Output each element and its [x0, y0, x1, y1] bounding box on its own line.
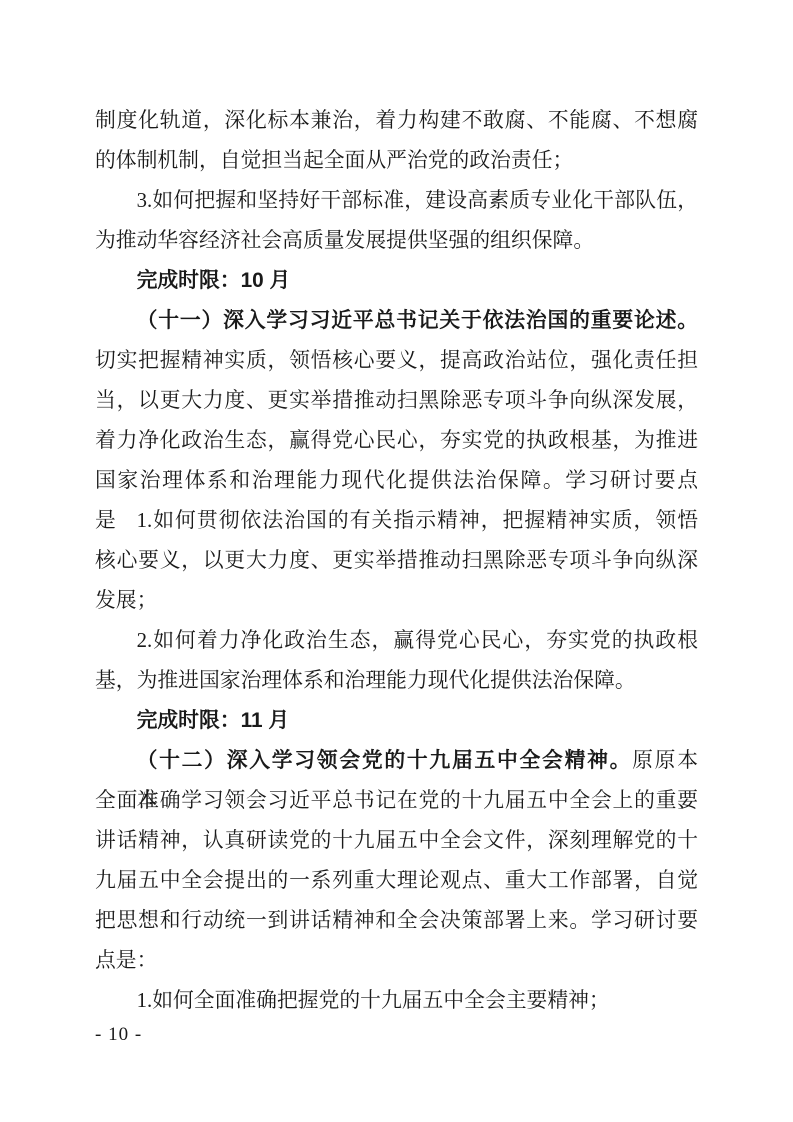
text-segment: 点是： — [95, 949, 157, 972]
text-segment: 九届五中全会提出的一系列重大理论观点、重大工作部署，自觉 — [95, 869, 698, 892]
text-segment: 3.如何把握和坚持好干部标准，建设高素质专业化干部队伍， — [137, 189, 698, 212]
text-line: 当，以更大力度、更实举措推动扫黑除恶专项斗争向纵深发展， — [95, 381, 698, 421]
text-line: （十二）深入学习领会党的十九届五中全会精神。原原本本、 — [95, 741, 698, 781]
text-segment: 基，为推进国家治理体系和治理能力现代化提供法治保障。 — [95, 669, 636, 692]
text-segment: 2.如何着力净化政治生态，赢得党心民心，夯实党的执政根 — [137, 629, 698, 652]
document-body: 制度化轨道，深化标本兼治，着力构建不敢腐、不能腐、不想腐的体制机制，自觉担当起全… — [95, 101, 698, 1021]
text-line: 核心要义，以更大力度、更实举措推动扫黑除恶专项斗争向纵深 — [95, 541, 698, 581]
text-line: 点是： — [95, 941, 698, 981]
text-line: 全面准确学习领会习近平总书记在党的十九届五中全会上的重要 — [95, 781, 698, 821]
text-line: 国家治理体系和治理能力现代化提供法治保障。学习研讨要点是： — [95, 461, 698, 501]
text-line: 九届五中全会提出的一系列重大理论观点、重大工作部署，自觉 — [95, 861, 698, 901]
text-line: 为推动华容经济社会高质量发展提供坚强的组织保障。 — [95, 221, 698, 261]
text-line: 2.如何着力净化政治生态，赢得党心民心，夯实党的执政根 — [95, 621, 698, 661]
document-page: 制度化轨道，深化标本兼治，着力构建不敢腐、不能腐、不想腐的体制机制，自觉担当起全… — [0, 0, 793, 1122]
text-line: 1.如何全面准确把握党的十九届五中全会主要精神； — [95, 981, 698, 1021]
text-line: 的体制机制，自觉担当起全面从严治党的政治责任； — [95, 141, 698, 181]
text-line: 发展； — [95, 581, 698, 621]
text-segment: 当，以更大力度、更实举措推动扫黑除恶专项斗争向纵深发展， — [95, 389, 698, 412]
text-line: 制度化轨道，深化标本兼治，着力构建不敢腐、不能腐、不想腐 — [95, 101, 698, 141]
text-line: 基，为推进国家治理体系和治理能力现代化提供法治保障。 — [95, 661, 698, 701]
text-segment: 着力净化政治生态，赢得党心民心，夯实党的执政根基，为推进 — [95, 429, 698, 452]
bold-text-segment: 完成时限：10 月 — [137, 269, 291, 292]
text-segment: 发展； — [95, 589, 157, 612]
text-segment: 1.如何贯彻依法治国的有关指示精神，把握精神实质，领悟 — [137, 509, 698, 532]
text-line: 讲话精神，认真研读党的十九届五中全会文件，深刻理解党的十 — [95, 821, 698, 861]
text-line: 着力净化政治生态，赢得党心民心，夯实党的执政根基，为推进 — [95, 421, 698, 461]
text-line: 3.如何把握和坚持好干部标准，建设高素质专业化干部队伍， — [95, 181, 698, 221]
text-line: 1.如何贯彻依法治国的有关指示精神，把握精神实质，领悟 — [95, 501, 698, 541]
text-segment: 全面准确学习领会习近平总书记在党的十九届五中全会上的重要 — [95, 789, 698, 812]
text-segment: 制度化轨道，深化标本兼治，着力构建不敢腐、不能腐、不想腐 — [95, 109, 698, 132]
text-line: 完成时限：10 月 — [95, 261, 698, 301]
text-segment: 把思想和行动统一到讲话精神和全会决策部署上来。学习研讨要 — [95, 909, 698, 932]
bold-text-segment: （十二）深入学习领会党的十九届五中全会精神。 — [137, 749, 633, 772]
text-segment: 核心要义，以更大力度、更实举措推动扫黑除恶专项斗争向纵深 — [95, 549, 698, 572]
text-segment: 切实把握精神实质，领悟核心要义，提高政治站位，强化责任担 — [95, 349, 698, 372]
text-segment: 为推动华容经济社会高质量发展提供坚强的组织保障。 — [95, 229, 594, 252]
bold-text-segment: 完成时限：11 月 — [137, 709, 290, 732]
text-line: 把思想和行动统一到讲话精神和全会决策部署上来。学习研讨要 — [95, 901, 698, 941]
text-segment: 1.如何全面准确把握党的十九届五中全会主要精神； — [137, 989, 610, 1012]
text-line: （十一）深入学习习近平总书记关于依法治国的重要论述。 — [95, 301, 698, 341]
bold-text-segment: （十一）深入学习习近平总书记关于依法治国的重要论述。 — [137, 309, 698, 332]
text-segment: 的体制机制，自觉担当起全面从严治党的政治责任； — [95, 149, 573, 172]
text-line: 切实把握精神实质，领悟核心要义，提高政治站位，强化责任担 — [95, 341, 698, 381]
text-segment: 讲话精神，认真研读党的十九届五中全会文件，深刻理解党的十 — [95, 829, 698, 852]
text-line: 完成时限：11 月 — [95, 701, 698, 741]
page-number: - 10 - — [95, 1022, 142, 1048]
